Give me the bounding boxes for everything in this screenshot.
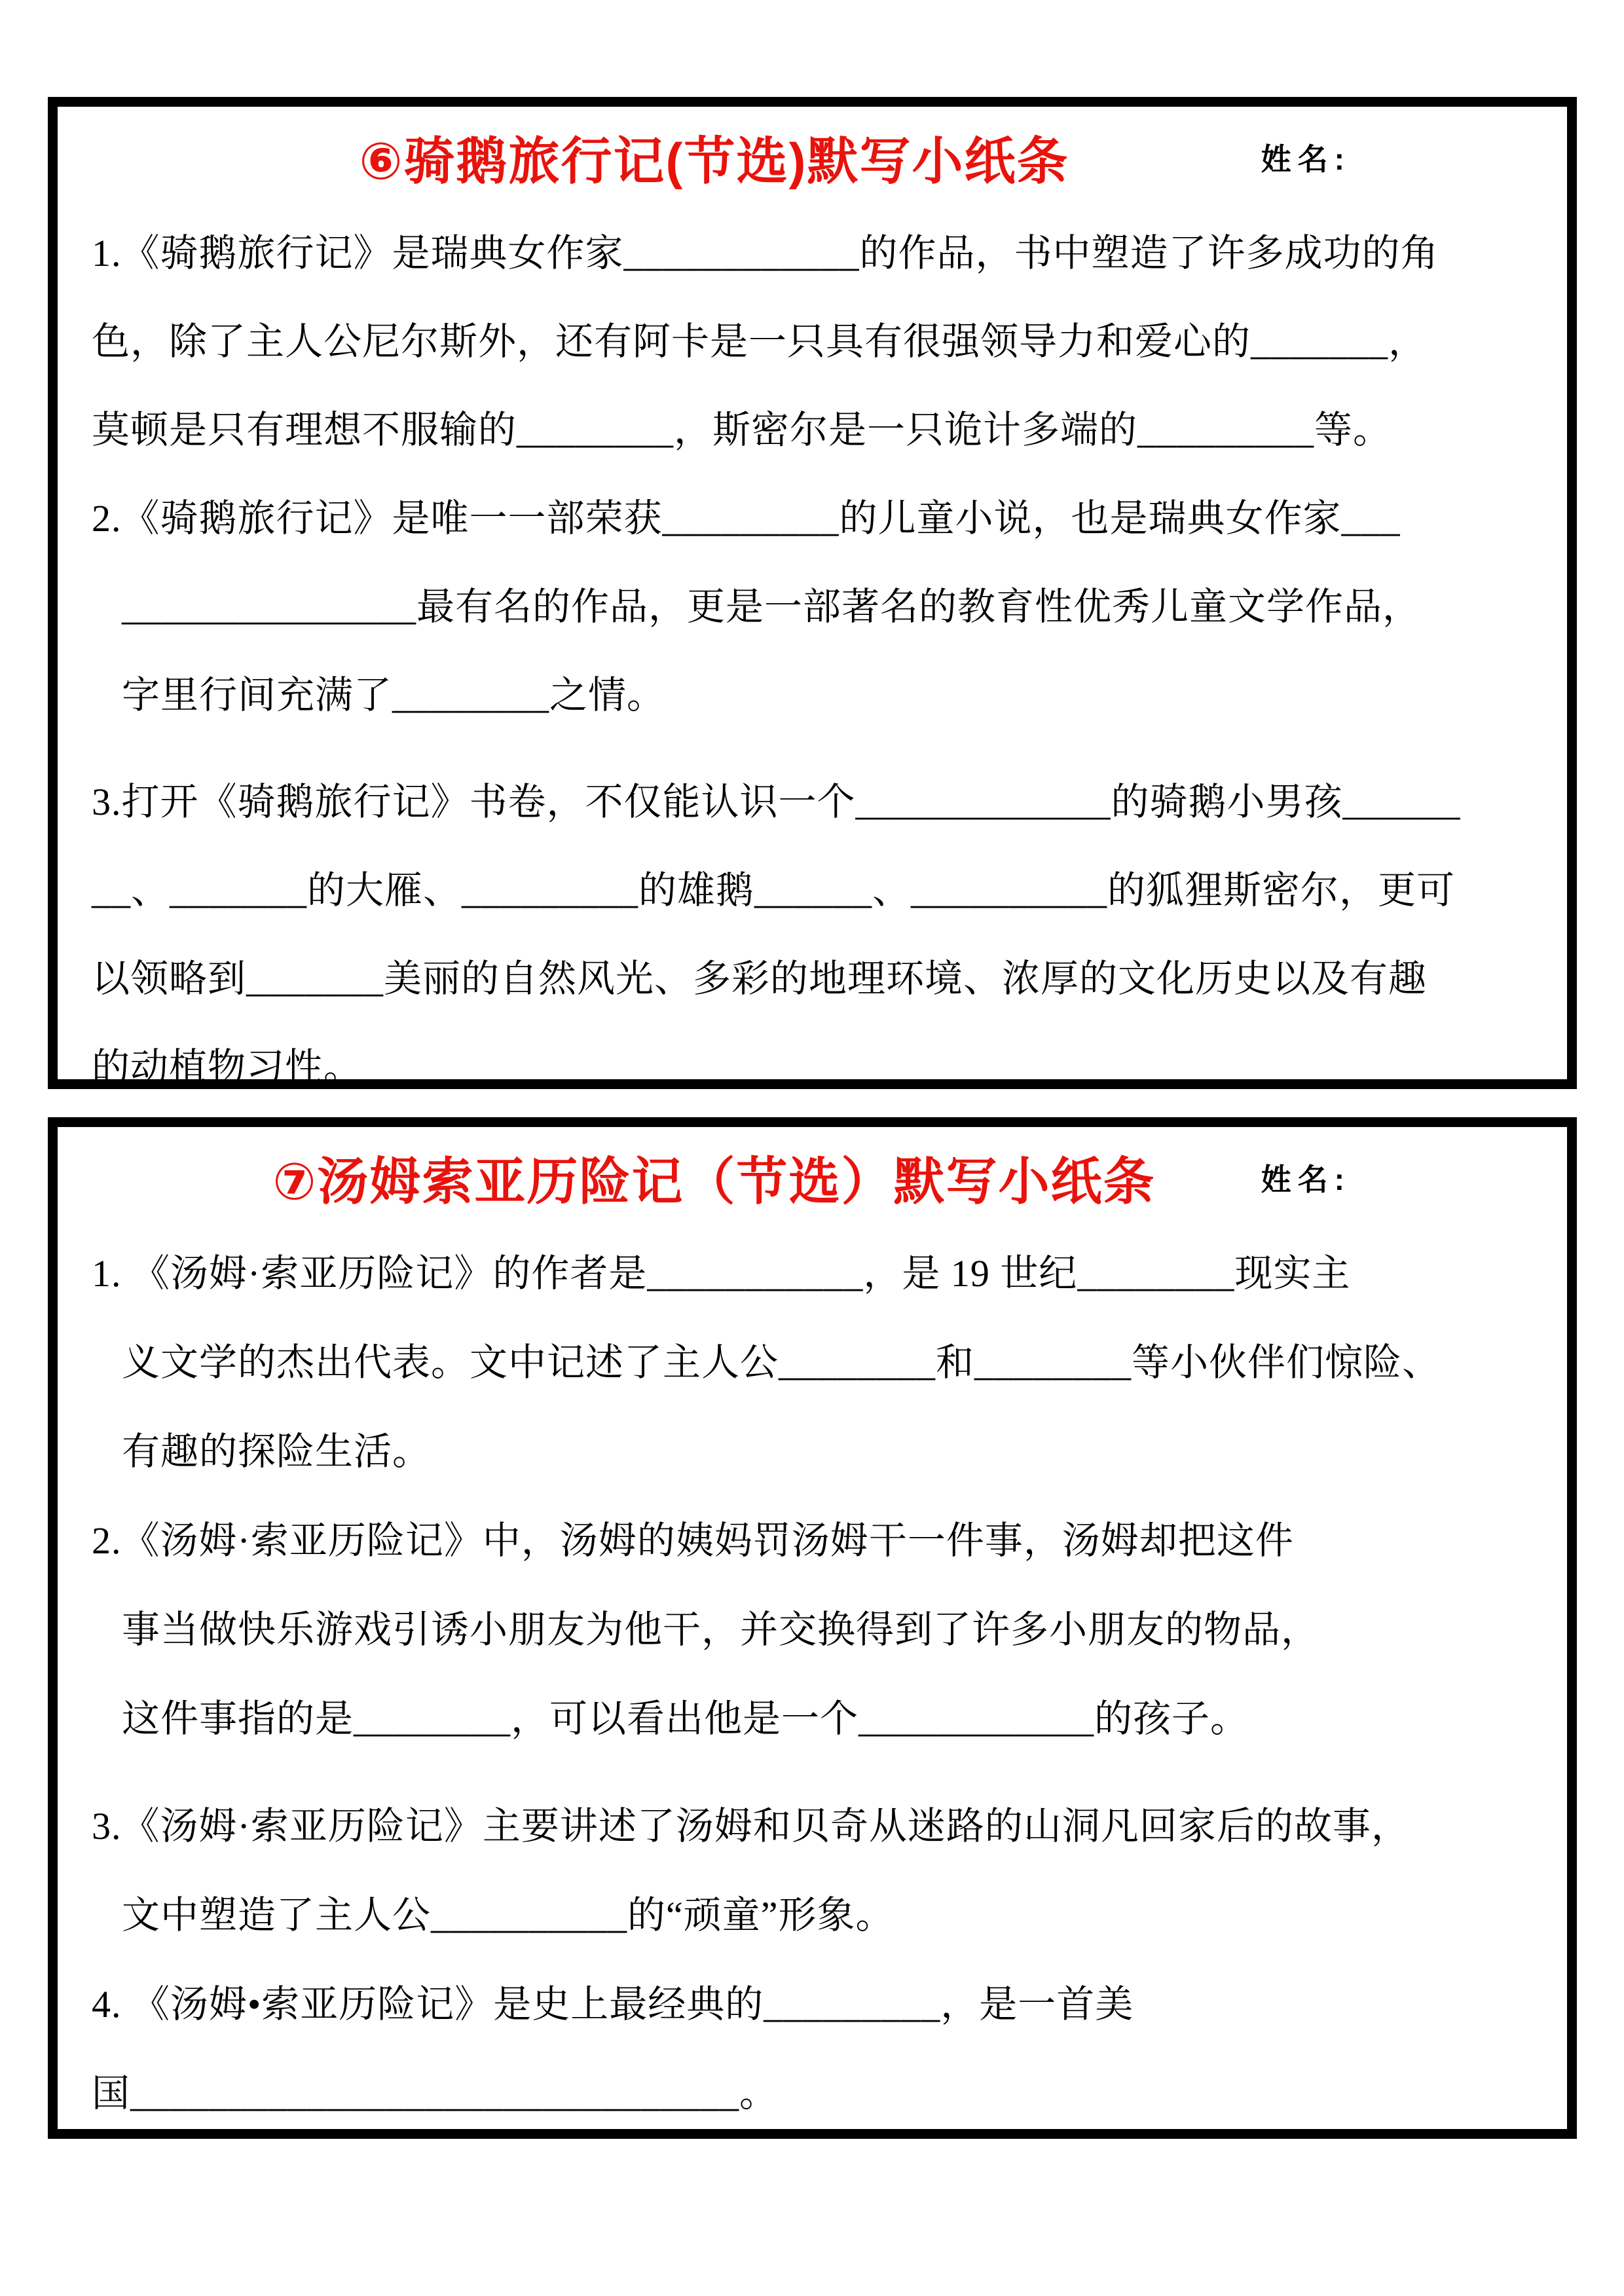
text-line: 莫顿是只有理想不服输的________，斯密尔是一只诡计多端的_________… [92,382,1533,470]
text-line: 1.《骑鹅旅行记》是瑞典女作家____________的作品，书中塑造了许多成功… [92,205,1533,293]
text-line: 有趣的探险生活。 [92,1403,1533,1492]
section-title: ⑥骑鹅旅行记(节选)默写小纸条 [360,120,1069,194]
text-line: 事当做快乐游戏引诱小朋友为他干，并交换得到了许多小朋友的物品， [92,1582,1533,1671]
card-goose-journey: ⑥骑鹅旅行记(节选)默写小纸条 姓名: 1.《骑鹅旅行记》是瑞典女作家_____… [48,97,1577,1089]
text-line: 以领略到_______美丽的自然风光、多彩的地理环境、浓厚的文化历史以及有趣 [92,931,1533,1019]
body-text: 1.《骑鹅旅行记》是瑞典女作家____________的作品，书中塑造了许多成功… [58,196,1567,1107]
text-line: _______________最有名的作品，更是一部著名的教育性优秀儿童文学作品… [92,559,1533,647]
text-line: 的动植物习性。 [92,1019,1533,1107]
text-line: __、_______的大雁、_________的雄鹅______、_______… [92,842,1533,931]
section-header: ⑦汤姆索亚历险记（节选）默写小纸条 姓名: [58,1139,1567,1216]
name-label: 姓名: [1261,1156,1351,1199]
text-line: 2.《骑鹅旅行记》是唯一一部荣获_________的儿童小说，也是瑞典女作家__… [92,470,1533,559]
text-line: 这件事指的是________，可以看出他是一个____________的孩子。 [92,1671,1533,1760]
section-header: ⑥骑鹅旅行记(节选)默写小纸条 姓名: [58,119,1567,196]
text-line: 国_______________________________。 [92,2045,1533,2134]
text-line: 义文学的杰出代表。文中记述了主人公________和________等小伙伴们惊… [92,1314,1533,1403]
text-line: 3.《汤姆·索亚历险记》主要讲述了汤姆和贝奇从迷路的山洞凡回家后的故事， [92,1778,1533,1867]
text-line: 2.《汤姆·索亚历险记》中，汤姆的姨妈罚汤姆干一件事，汤姆却把这件 [92,1492,1533,1582]
card-tom-sawyer: ⑦汤姆索亚历险记（节选）默写小纸条 姓名: 1. 《汤姆·索亚历险记》的作者是_… [48,1117,1577,2139]
text-line: 1. 《汤姆·索亚历险记》的作者是___________，是 19 世纪____… [92,1225,1533,1314]
body-text: 1. 《汤姆·索亚历险记》的作者是___________，是 19 世纪____… [58,1216,1567,2134]
text-line: 3.打开《骑鹅旅行记》书卷，不仅能认识一个_____________的骑鹅小男孩… [92,754,1533,842]
name-label: 姓名: [1261,136,1351,179]
section-title: ⑦汤姆索亚历险记（节选）默写小纸条 [272,1141,1155,1214]
worksheet-page: ⑥骑鹅旅行记(节选)默写小纸条 姓名: 1.《骑鹅旅行记》是瑞典女作家_____… [0,0,1624,2296]
text-line: 色，除了主人公尼尔斯外，还有阿卡是一只具有很强领导力和爱心的_______， [92,293,1533,382]
text-line: 文中塑造了主人公__________的“顽童”形象。 [92,1867,1533,1956]
text-line: 4. 《汤姆•索亚历险记》是史上最经典的_________，是一首美 [92,1956,1533,2045]
text-line: 字里行间充满了________之情。 [92,647,1533,735]
